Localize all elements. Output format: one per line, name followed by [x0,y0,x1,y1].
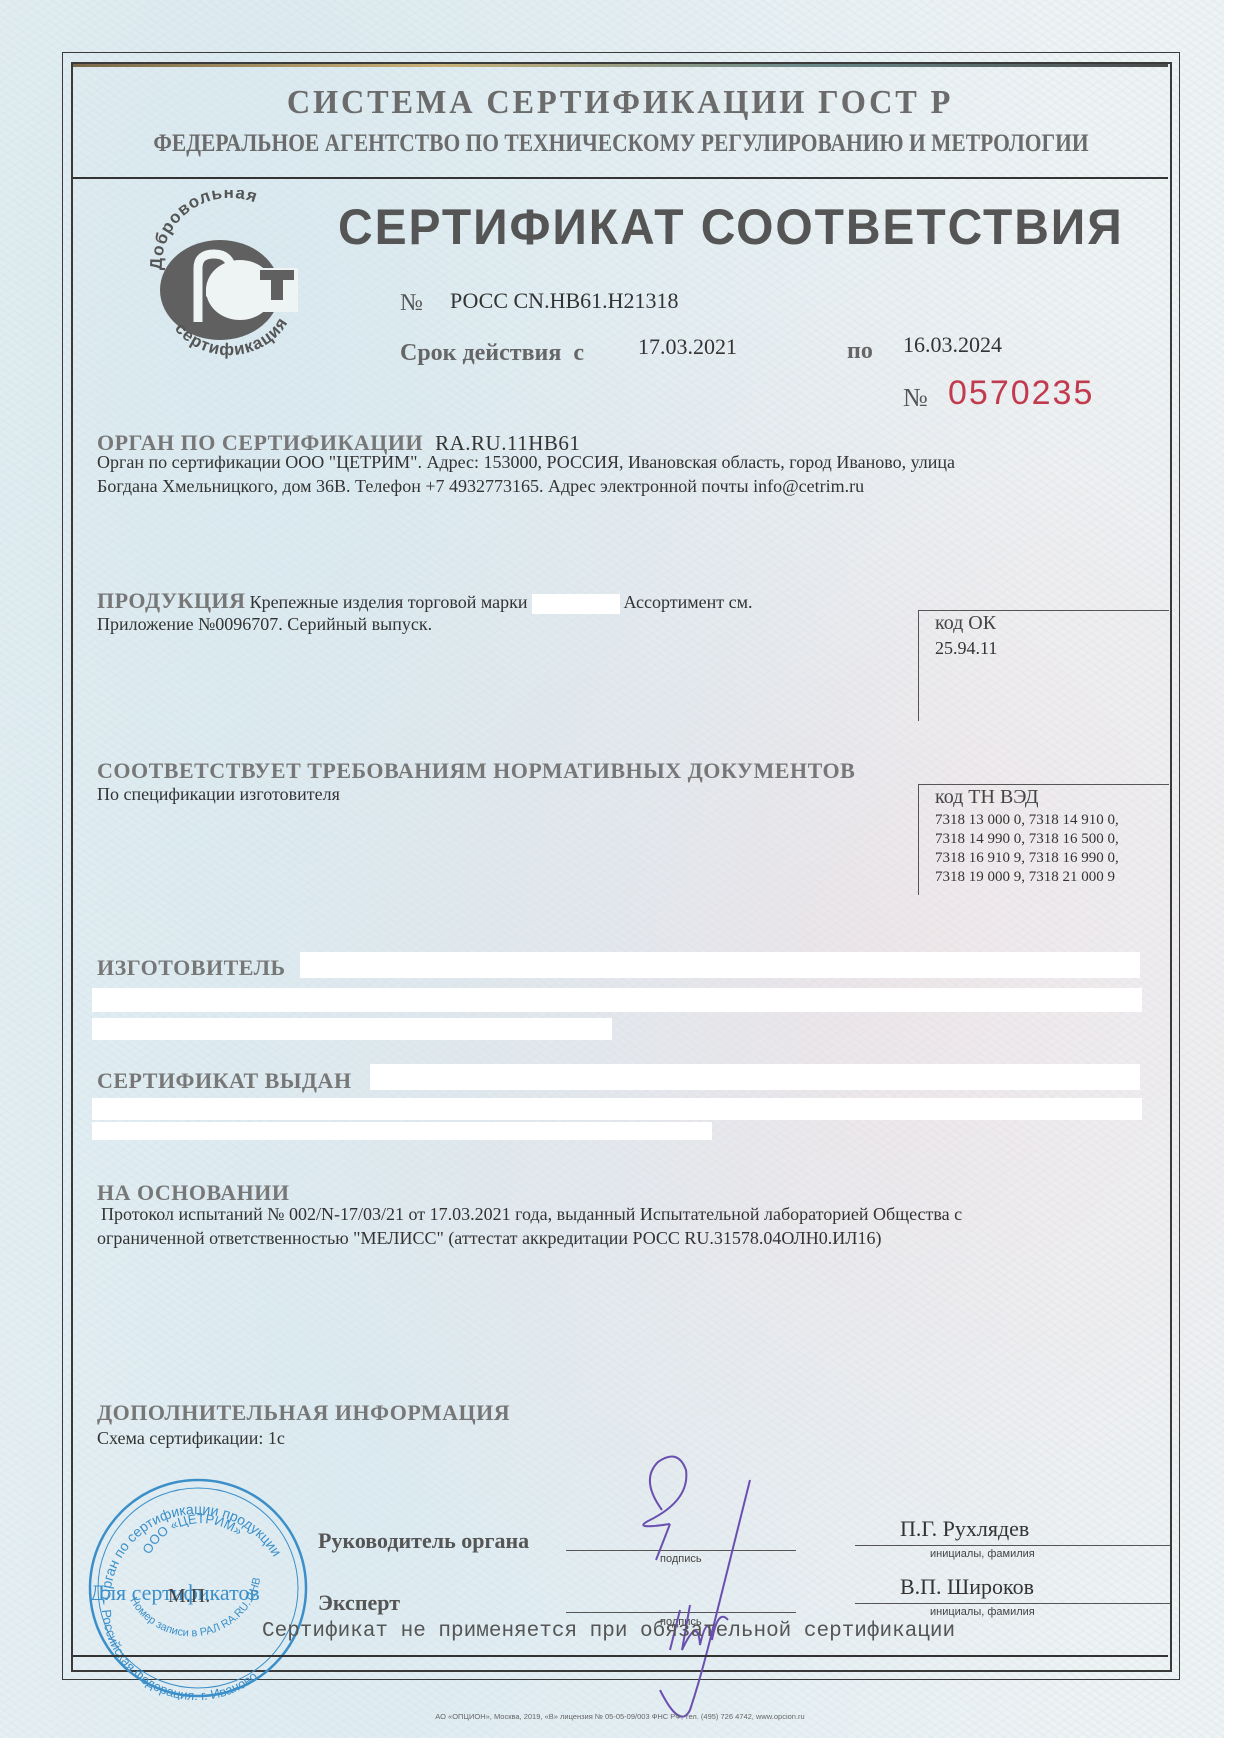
valid-from-date: 17.03.2021 [638,334,737,360]
certificate-number: РОСС CN.НВ61.Н21318 [450,288,679,314]
head-name: П.Г. Рухлядев [900,1516,1029,1542]
header-divider [73,177,1168,179]
head-name-caption: инициалы, фамилия [930,1548,1035,1560]
svg-text:М.П.: М.П. [168,1585,210,1607]
product-text-a: Крепежные изделия торговой марки [250,592,528,612]
serial-label: № [903,383,928,413]
compliance-heading: СООТВЕТСТВУЕТ ТРЕБОВАНИЯМ НОРМАТИВНЫХ ДО… [97,758,855,784]
expert-name: В.П. Широков [900,1574,1034,1600]
agency-name: ФЕДЕРАЛЬНОЕ АГЕНТСТВО ПО ТЕХНИЧЕСКОМУ РЕ… [152,130,1089,158]
issued-to-heading: СЕРТИФИКАТ ВЫДАН [97,1068,352,1094]
product-line2: Приложение №0096707. Серийный выпуск. [97,614,432,635]
certification-body-line1: Орган по сертификации ООО "ЦЕТРИМ". Адре… [97,452,955,473]
tn-ved-label: код ТН ВЭД [935,786,1038,809]
footer-notice: Сертификат не применяется при обязательн… [262,1620,955,1643]
certificate-title: СЕРТИФИКАТ СООТВЕТСТВИЯ [338,198,1124,256]
redacted-issued-to-line1 [370,1064,1140,1090]
manufacturer-heading: ИЗГОТОВИТЕЛЬ [97,955,286,981]
product-heading: ПРОДУКЦИЯ [97,588,246,613]
ok-code-value: 25.94.11 [935,638,997,659]
top-rule [73,64,1168,67]
valid-to-date: 16.03.2024 [903,332,1002,358]
head-of-body-label: Руководитель органа [318,1528,529,1554]
tn-ved-codes: 7318 13 000 0, 7318 14 910 0, 7318 14 99… [935,811,1119,887]
additional-heading: ДОПОЛНИТЕЛЬНАЯ ИНФОРМАЦИЯ [97,1400,510,1426]
printer-imprint: АО «ОПЦИОН», Москва, 2019, «В» лицензия … [0,1712,1240,1721]
redacted-brand [532,594,620,614]
basis-line2: ограниченной ответственностью "МЕЛИСС" (… [97,1228,881,1249]
expert-name-caption: инициалы, фамилия [930,1606,1035,1618]
expert-name-line [855,1603,1170,1604]
compliance-text: По спецификации изготовителя [97,784,340,805]
basis-heading: НА ОСНОВАНИИ [97,1180,290,1206]
redacted-manufacturer-line2 [92,988,1142,1012]
basis-line1: Протокол испытаний № 002/N-17/03/21 от 1… [101,1204,962,1225]
expert-label: Эксперт [318,1590,400,1616]
serial-number: 0570235 [948,374,1094,413]
product-text-b: Ассортимент см. [624,592,753,612]
signature-icon [600,1440,860,1740]
redacted-issued-to-line2 [92,1098,1142,1120]
additional-text: Схема сертификации: 1с [97,1428,285,1449]
rst-logo-icon: Добровольная сертификация [140,190,320,370]
validity-label: Срок действия с [400,340,584,367]
redacted-manufacturer-line3 [92,1018,612,1040]
ok-code-label: код ОК [935,612,996,635]
product-section: ПРОДУКЦИЯ Крепежные изделия торговой мар… [97,588,753,614]
redacted-issued-to-line3 [92,1122,712,1140]
number-label: № [400,290,423,317]
head-name-line [855,1545,1170,1546]
footer-divider [73,1655,1168,1657]
certification-body-line2: Богдана Хмельницкого, дом 36В. Телефон +… [97,476,864,497]
valid-to-label: по [847,338,873,365]
redacted-manufacturer-line1 [300,952,1140,978]
system-title: СИСТЕМА СЕРТИФИКАЦИИ ГОСТ Р [31,84,1209,122]
seal-stamp-icon: Орган по сертификации продукции ООО «ЦЕТ… [80,1460,310,1700]
